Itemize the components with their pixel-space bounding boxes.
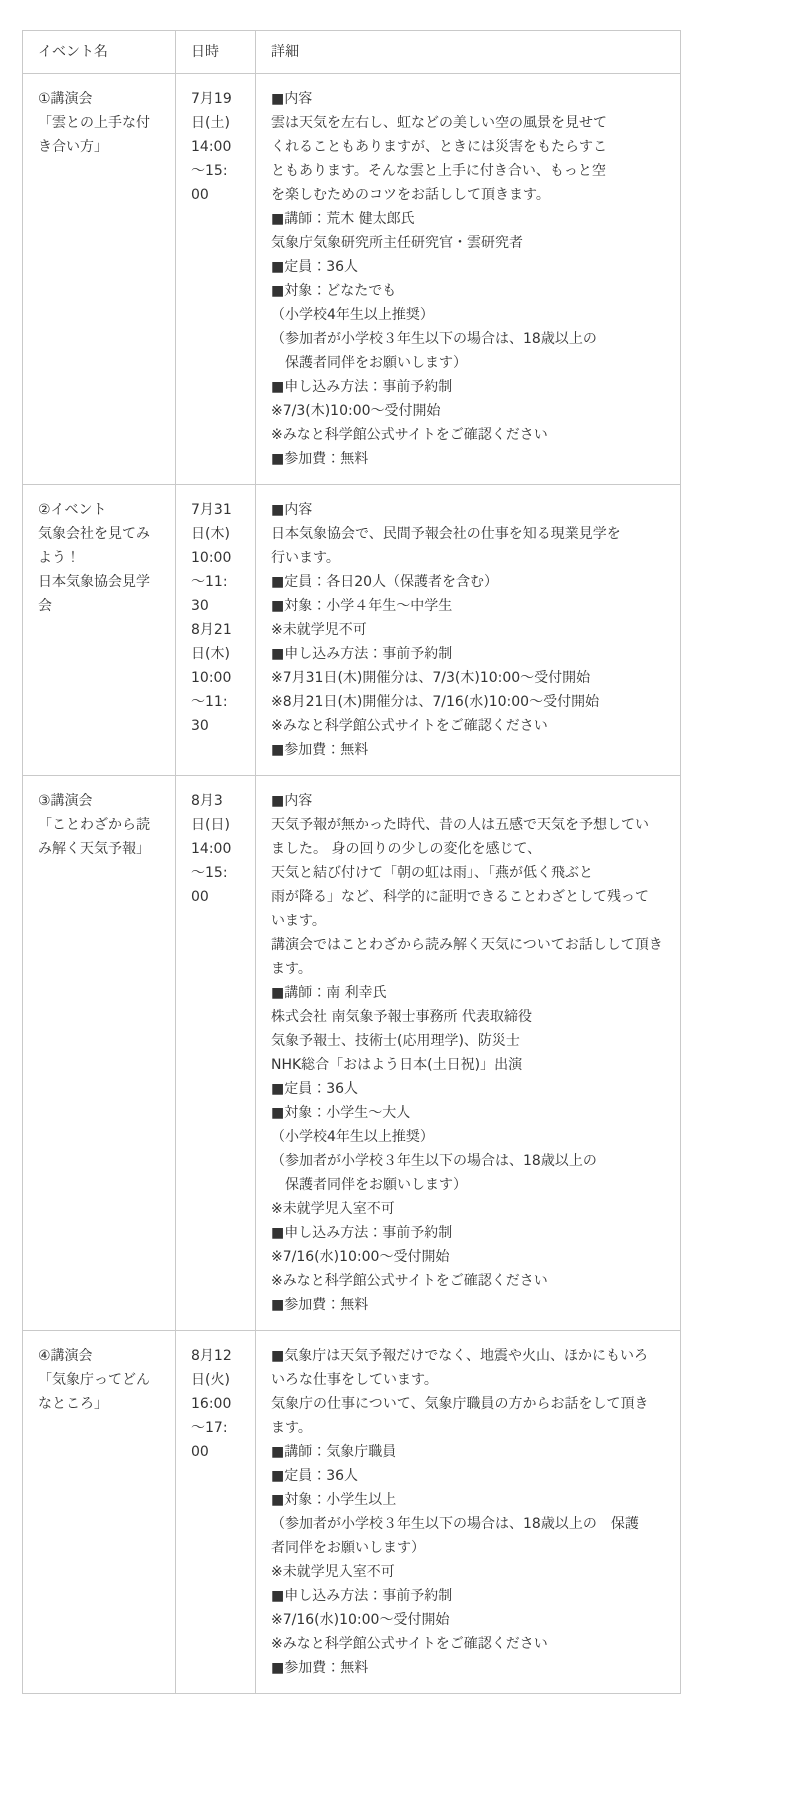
column-header-details: 詳細 [256, 31, 681, 74]
table-row: ④講演会 「気象庁ってどん なところ」 8月12 日(火) 16:00 ～17:… [23, 1331, 681, 1694]
column-header-event-name: イベント名 [23, 31, 176, 74]
event-datetime-cell: 7月19 日(土) 14:00 ～15: 00 [176, 74, 256, 485]
table-row: ③講演会 「ことわざから読 み解く天気予報」 8月3 日(日) 14:00 ～1… [23, 776, 681, 1331]
event-details-cell: ■気象庁は天気予報だけでなく、地震や火山、ほかにもいろ いろな仕事をしています。… [256, 1331, 681, 1694]
event-datetime-cell: 8月12 日(火) 16:00 ～17: 00 [176, 1331, 256, 1694]
column-header-datetime: 日時 [176, 31, 256, 74]
event-name-cell: ④講演会 「気象庁ってどん なところ」 [23, 1331, 176, 1694]
header-row: イベント名 日時 詳細 [23, 31, 681, 74]
event-details-cell: ■内容 雲は天気を左右し、虹などの美しい空の風景を見せて くれることもありますが… [256, 74, 681, 485]
event-name-cell: ③講演会 「ことわざから読 み解く天気予報」 [23, 776, 176, 1331]
table-row: ②イベント 気象会社を見てみ よう！ 日本気象協会見学 会 7月31 日(木) … [23, 485, 681, 776]
events-table-body: ①講演会 「雲との上手な付 き合い方」 7月19 日(土) 14:00 ～15:… [23, 74, 681, 1694]
events-table-container: イベント名 日時 詳細 ①講演会 「雲との上手な付 き合い方」 7月19 日(土… [0, 0, 800, 1694]
events-table: イベント名 日時 詳細 ①講演会 「雲との上手な付 き合い方」 7月19 日(土… [22, 30, 681, 1694]
event-details-cell: ■内容 日本気象協会で、民間予報会社の仕事を知る現業見学を 行います。 ■定員：… [256, 485, 681, 776]
event-datetime-cell: 8月3 日(日) 14:00 ～15: 00 [176, 776, 256, 1331]
event-name-cell: ①講演会 「雲との上手な付 き合い方」 [23, 74, 176, 485]
events-table-header: イベント名 日時 詳細 [23, 31, 681, 74]
table-row: ①講演会 「雲との上手な付 き合い方」 7月19 日(土) 14:00 ～15:… [23, 74, 681, 485]
event-datetime-cell: 7月31 日(木) 10:00 ～11: 30 8月21 日(木) 10:00 … [176, 485, 256, 776]
event-details-cell: ■内容 天気予報が無かった時代、昔の人は五感で天気を予想してい ました。 身の回… [256, 776, 681, 1331]
event-name-cell: ②イベント 気象会社を見てみ よう！ 日本気象協会見学 会 [23, 485, 176, 776]
